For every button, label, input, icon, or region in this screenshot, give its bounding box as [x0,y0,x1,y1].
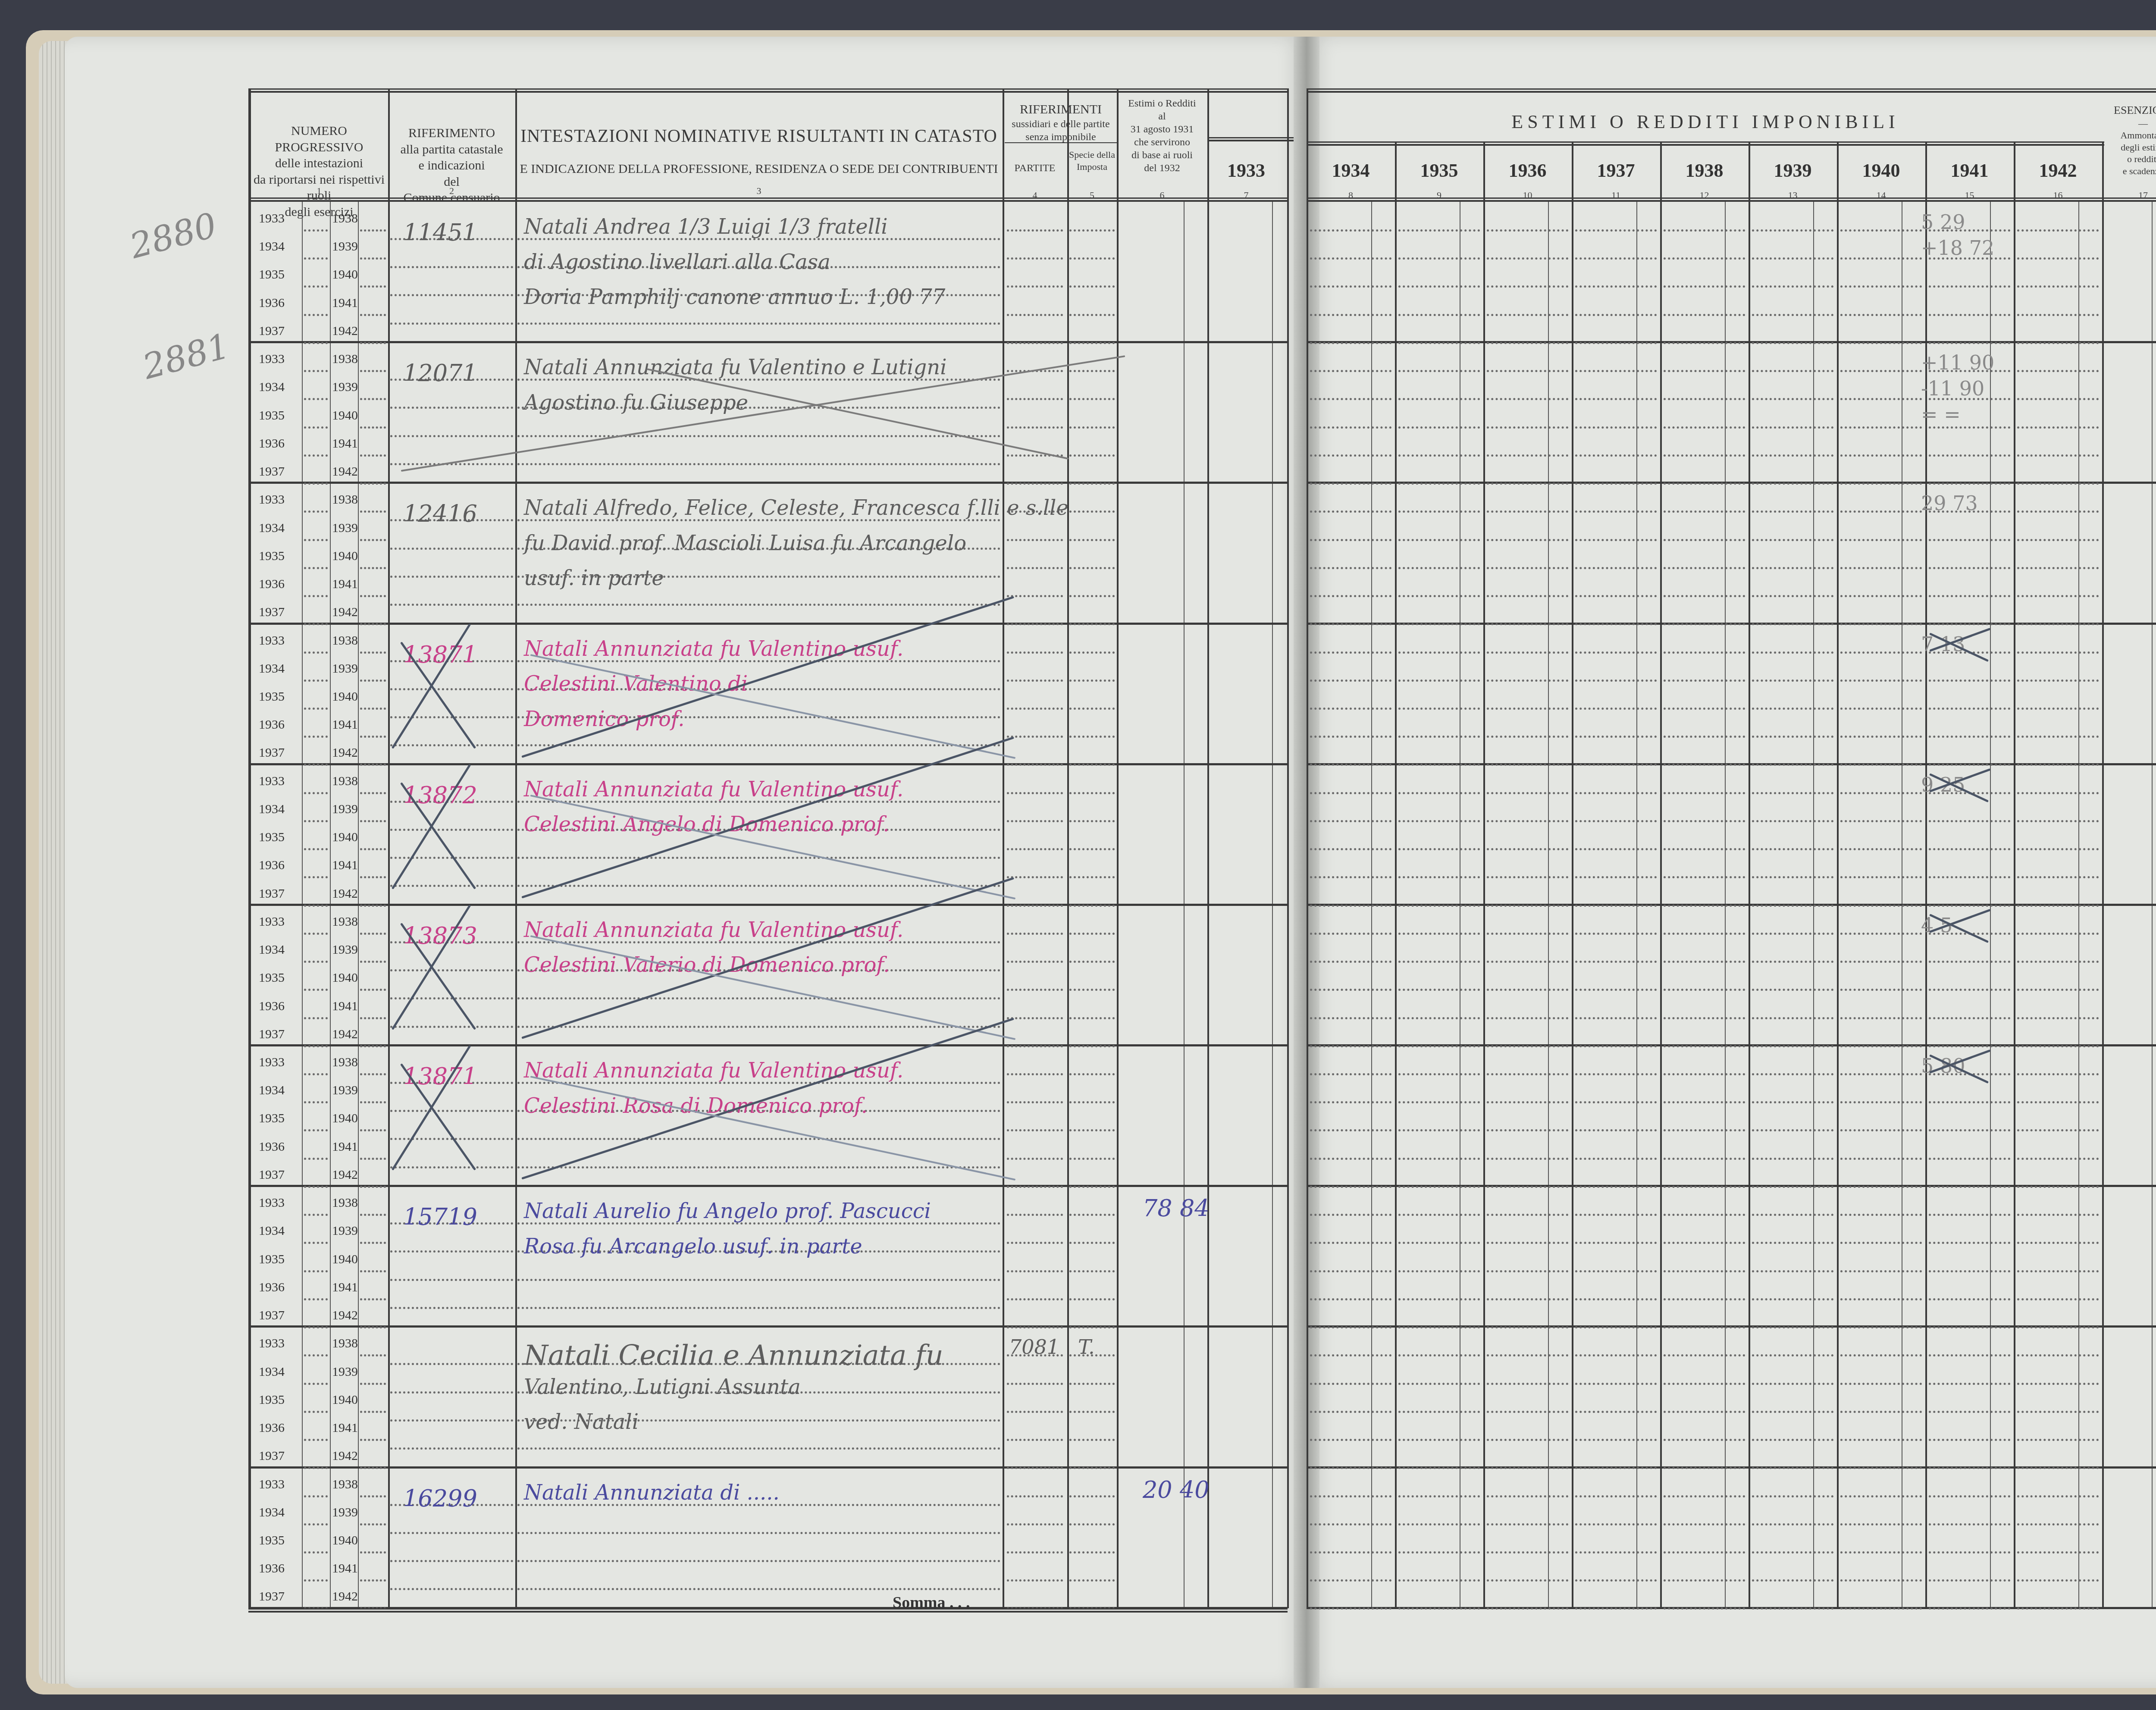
dotted-rule [1398,1158,1480,1160]
dotted-rule [1664,1383,1745,1385]
dotted-rule [1929,426,2010,429]
estimi-1931-value: 20 40 [1143,1476,1210,1503]
dotted-rule [1752,482,1833,485]
dotted-rule [304,1101,328,1103]
column-rule [1003,88,1004,1608]
dotted-rule [2017,961,2099,963]
year-label: 1933 [259,211,285,226]
dotted-rule [360,736,386,738]
dotted-rule [1310,848,1391,850]
dotted-rule [1840,285,1922,288]
dotted-rule [2017,1467,2099,1469]
dotted-rule [1398,539,1480,541]
dotted-rule [1069,1467,1115,1469]
dotted-rule [1575,1495,1657,1497]
dotted-rule [1752,848,1833,850]
dotted-rule [1664,1551,1745,1553]
dotted-rule [304,454,328,457]
dotted-rule [1487,820,1568,822]
dotted-rule [1069,1045,1115,1047]
year-label: 1937 [259,886,285,901]
dotted-rule [2017,1186,2099,1188]
dotted-rule [517,435,1000,437]
dotted-rule [360,1439,386,1441]
dotted-rule [2017,595,2099,597]
year-label: 1935 [259,549,285,564]
dotted-rule [1752,1158,1833,1160]
dotted-rule [1929,1129,2010,1131]
year-label: 1935 [259,689,285,704]
dotted-rule [1007,1073,1063,1075]
dotted-rule [2017,623,2099,625]
dotted-rule [304,1129,328,1131]
dotted-rule [1069,961,1115,963]
dotted-rule [1929,736,2010,738]
dotted-rule [1575,257,1657,260]
partita-number: 12416 [403,500,477,527]
dotted-rule [1752,567,1833,569]
year-label: 1933 [259,774,285,789]
dotted-rule [1398,1045,1480,1047]
dotted-rule [2017,370,2099,372]
dotted-rule [517,885,1000,887]
dotted-rule [1069,736,1115,738]
partita-number: 11451 [403,219,477,246]
dotted-rule [1664,876,1745,878]
dotted-rule [1664,342,1745,344]
dotted-rule [304,680,328,682]
dotted-rule [1487,314,1568,316]
dotted-rule [1069,1186,1115,1188]
dotted-rule [1487,623,1568,625]
dotted-rule [1664,623,1745,625]
dotted-rule [390,885,513,887]
dotted-rule [1575,370,1657,372]
dotted-rule [1575,1354,1657,1356]
dotted-rule [1752,1298,1833,1300]
dotted-rule [1929,820,2010,822]
year-label: 1942 [332,1308,358,1323]
row-rule [248,1044,1288,1046]
dotted-rule [1007,398,1063,400]
dotted-rule [1007,1579,1063,1582]
year-header-1939: 1939 [1749,160,1837,182]
dotted-rule [1752,708,1833,710]
dotted-rule [1575,426,1657,429]
dotted-rule [517,1532,1000,1534]
year-label: 1936 [259,577,285,592]
year-label: 1937 [259,1308,285,1323]
dotted-rule [1664,539,1745,541]
header-esenzioni: ESENZIONI — Ammontare degli estimi o red… [2104,103,2156,177]
dotted-rule [1007,1017,1063,1019]
dotted-rule [1752,1383,1833,1385]
dotted-rule [1310,567,1391,569]
dotted-rule [304,1354,328,1356]
dotted-rule [1664,1101,1745,1103]
dotted-rule [360,539,386,541]
dotted-rule [2017,539,2099,541]
dotted-rule [304,876,328,878]
reddito-1941-value: 7 13 [1921,633,1965,656]
dotted-rule [304,708,328,710]
header-riferimenti: RIFERIMENTI sussidiari e delle partite s… [1005,101,1117,144]
dotted-rule [1398,820,1480,822]
dotted-rule [517,1138,1000,1140]
dotted-rule [304,1579,328,1582]
dotted-rule [360,510,386,513]
col7-divider [1207,137,1294,141]
dotted-rule [1069,708,1115,710]
dotted-rule [360,792,386,794]
year-column-rule [1660,142,1662,1608]
dotted-rule [1929,482,2010,485]
dotted-rule [304,764,328,766]
dotted-rule [1664,1186,1745,1188]
dotted-rule [1069,820,1115,822]
dotted-rule [1575,454,1657,457]
dotted-rule [1840,820,1922,822]
dotted-rule [1007,989,1063,991]
specie-imposta-value: T. [1078,1335,1095,1359]
dotted-rule [390,1307,513,1309]
dotted-rule [1929,1439,2010,1441]
dotted-rule [360,229,386,232]
dotted-rule [1310,1383,1391,1385]
dotted-rule [1007,1270,1063,1272]
dotted-rule [1840,1270,1922,1272]
year-column-rule [1483,142,1485,1608]
dotted-rule [360,1523,386,1525]
dotted-rule [1310,257,1391,260]
dotted-rule [1487,1186,1568,1188]
year-label: 1935 [259,408,285,423]
dotted-rule [1310,736,1391,738]
dotted-rule [360,989,386,991]
dotted-rule [1575,820,1657,822]
year-label: 1939 [332,943,358,957]
dotted-rule [1310,1101,1391,1103]
dotted-rule [1487,539,1568,541]
dotted-rule [1752,257,1833,260]
dotted-rule [304,1383,328,1385]
dotted-rule [1487,285,1568,288]
year-label: 1937 [259,1027,285,1042]
dotted-rule [360,257,386,260]
dotted-rule [360,482,386,485]
dotted-rule [304,257,328,260]
column-rule [1067,88,1069,1608]
dotted-rule [2017,1129,2099,1131]
dotted-rule [390,969,513,971]
dotted-rule [1752,370,1833,372]
dotted-rule [1752,1073,1833,1075]
dotted-rule [1752,398,1833,400]
dotted-rule [1929,1495,2010,1497]
dotted-rule [1929,680,2010,682]
dotted-rule [360,398,386,400]
row-rule [248,623,1288,625]
year-label: 1939 [332,1505,358,1520]
dotted-rule [304,1045,328,1047]
dotted-rule [1664,1298,1745,1300]
dotted-rule [1575,792,1657,794]
year-label: 1941 [332,999,358,1014]
year-label: 1939 [332,1224,358,1238]
dotted-rule [1929,1214,2010,1216]
row-rule [248,1466,1288,1469]
table-border [248,88,251,1608]
dotted-rule [1664,736,1745,738]
dotted-rule [1840,454,1922,457]
dotted-rule [390,1363,513,1365]
dotted-rule [2017,876,2099,878]
dotted-rule [304,426,328,429]
dotted-rule [1069,1383,1115,1385]
dotted-rule [1310,989,1391,991]
year-label: 1942 [332,1027,358,1042]
dotted-rule [1664,285,1745,288]
partita-number: 13873 [403,922,477,949]
dotted-rule [1310,1045,1391,1047]
dotted-rule [360,370,386,372]
dotted-rule [1398,933,1480,935]
dotted-rule [1840,595,1922,597]
dotted-rule [1487,651,1568,654]
dotted-rule [1487,454,1568,457]
dotted-rule [360,876,386,878]
year-label: 1936 [259,1140,285,1154]
row-rule [248,1325,1288,1328]
year-label: 1933 [259,1196,285,1210]
year-label: 1940 [332,689,358,704]
year-label: 1935 [259,267,285,282]
dotted-rule [517,744,1000,746]
year-label: 1941 [332,858,358,873]
reddito-1941-value: 5 29 [1921,210,1965,234]
dotted-rule [1575,510,1657,513]
dotted-rule [360,848,386,850]
dotted-rule [1840,876,1922,878]
year-label: 1941 [332,296,358,310]
dotted-rule [1664,1017,1745,1019]
year-label: 1933 [259,1477,285,1492]
year-column-rule [1837,142,1839,1608]
dotted-rule [1752,1242,1833,1244]
dotted-rule [1487,595,1568,597]
year-label: 1942 [332,324,358,338]
reddito-1941-value: = = [1921,403,1961,426]
dotted-rule [360,426,386,429]
dotted-rule [1398,1579,1480,1582]
dotted-rule [1929,876,2010,878]
dotted-rule [1487,426,1568,429]
dotted-rule [2017,933,2099,935]
year-label: 1939 [332,802,358,817]
dotted-rule [1310,1439,1391,1441]
dotted-rule [1398,1298,1480,1300]
dotted-rule [1575,651,1657,654]
intestazione-line: Natali Annunziata fu Valentino e Lutigni [524,355,947,379]
dotted-rule [304,1186,328,1188]
partita-number: 13871 [403,1063,477,1090]
dotted-rule [390,323,513,325]
dotted-rule [304,1298,328,1300]
dotted-rule [1752,820,1833,822]
dotted-rule [1007,1129,1063,1131]
dotted-rule [1575,1298,1657,1300]
dotted-rule [1398,905,1480,907]
dotted-rule [1007,651,1063,654]
dotted-rule [1664,510,1745,513]
dotted-rule [1752,1326,1833,1328]
dotted-rule [1310,1467,1391,1469]
dotted-rule [1752,342,1833,344]
dotted-rule [1487,1017,1568,1019]
column-rule [388,88,390,1608]
dotted-rule [517,463,1000,465]
dotted-rule [1069,370,1115,372]
dotted-rule [1752,764,1833,766]
dotted-rule [1487,1354,1568,1356]
dotted-rule [1487,1214,1568,1216]
dotted-rule [390,266,513,268]
dotted-rule [390,1110,513,1112]
dotted-rule [1007,680,1063,682]
dotted-rule [1069,595,1115,597]
dotted-rule [1840,651,1922,654]
intestazione-line: Natali Annunziata di ..... [524,1481,780,1505]
dotted-rule [517,1588,1000,1590]
dotted-rule [1664,848,1745,850]
dotted-rule [2017,1242,2099,1244]
year-label: 1938 [332,1336,358,1351]
dotted-rule [1487,398,1568,400]
year-label: 1941 [332,436,358,451]
dotted-rule [1487,764,1568,766]
intestazione-line: Doria Pamphilj canone annuo L. 1,00 77 [524,285,945,309]
dotted-rule [517,604,1000,606]
dotted-rule [1069,398,1115,400]
dotted-rule [390,1560,513,1562]
dotted-rule [1752,1186,1833,1188]
dotted-rule [1310,1551,1391,1553]
dotted-rule [1929,623,2010,625]
dotted-rule [1840,848,1922,850]
dotted-rule [1575,680,1657,682]
dotted-rule [2017,1017,2099,1019]
header-col7-year: 1933 [1207,160,1285,182]
dotted-rule [1487,1523,1568,1525]
year-label: 1940 [332,267,358,282]
year-label: 1939 [332,380,358,395]
dotted-rule [2017,792,2099,794]
dotted-rule [1487,229,1568,232]
dotted-rule [1664,651,1745,654]
year-label: 1939 [332,521,358,536]
dotted-rule [304,1439,328,1441]
dotted-rule [2017,651,2099,654]
dotted-rule [1310,1242,1391,1244]
year-label: 1934 [259,1365,285,1379]
dotted-rule [2017,1354,2099,1356]
dotted-rule [1398,680,1480,682]
dotted-rule [517,997,1000,999]
dotted-rule [1840,1101,1922,1103]
dotted-rule [1069,1270,1115,1272]
dotted-rule [1929,1045,2010,1047]
dotted-rule [2017,314,2099,316]
dotted-rule [2017,454,2099,457]
dotted-rule [1752,1439,1833,1441]
dotted-rule [360,1467,386,1469]
year-label: 1933 [259,492,285,507]
dotted-rule [1310,426,1391,429]
dotted-rule [1575,342,1657,344]
dotted-rule [1398,229,1480,232]
col-number: 3 [515,185,1003,197]
year-label: 1938 [332,492,358,507]
header-col3: INTESTAZIONI NOMINATIVE RISULTANTI IN CA… [515,125,1003,177]
dotted-rule [1069,1158,1115,1160]
dotted-rule [1007,623,1063,625]
partite-value: 7081 [1009,1335,1059,1359]
reddito-1941-value: 29 73 [1921,492,1978,515]
dotted-rule [2017,736,2099,738]
year-column-rule [1307,88,1308,1608]
dotted-rule [1310,905,1391,907]
dotted-rule [390,744,513,746]
year-label: 1942 [332,1589,358,1604]
dotted-rule [1840,1495,1922,1497]
year-label: 1933 [259,915,285,929]
year-label: 1937 [259,464,285,479]
intestazione-line: ved. Natali [524,1410,639,1434]
dotted-rule [2017,989,2099,991]
dotted-rule [360,1186,386,1188]
dotted-rule [1752,1607,1833,1610]
dotted-rule [1664,567,1745,569]
dotted-rule [1007,1411,1063,1413]
dotted-rule [1310,820,1391,822]
dotted-rule [1929,595,2010,597]
dotted-rule [1007,792,1063,794]
dotted-rule [517,857,1000,859]
dotted-rule [1398,1101,1480,1103]
dotted-rule [1575,1326,1657,1328]
dotted-rule [1575,567,1657,569]
year-label: 1938 [332,915,358,929]
dotted-rule [1007,1298,1063,1300]
dotted-rule [1310,792,1391,794]
dotted-rule [1069,905,1115,907]
partita-number: 12071 [403,360,477,387]
dotted-rule [1310,708,1391,710]
reddito-1941-value: 9 25 [1921,773,1965,796]
dotted-rule [1310,1214,1391,1216]
dotted-rule [1575,1411,1657,1413]
dotted-rule [360,1383,386,1385]
column-rule [1287,88,1289,1608]
dotted-rule [1398,623,1480,625]
dotted-rule [390,294,513,296]
dotted-rule [390,1026,513,1028]
year-label: 1937 [259,324,285,338]
dotted-rule [2017,1101,2099,1103]
dotted-rule [1840,1326,1922,1328]
dotted-rule [1664,933,1745,935]
reddito-1941-value: +18 72 [1921,236,1994,260]
